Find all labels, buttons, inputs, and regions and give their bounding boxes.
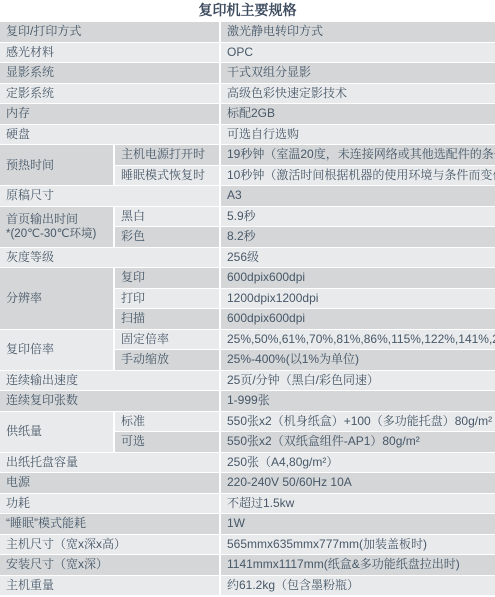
- spec-sublabel-cell: 睡眠模式恢复时: [113, 166, 219, 187]
- spec-row: 功耗 不超过1.5kw: [0, 494, 495, 515]
- spec-row: 电源 220-240V 50/60Hz 10A: [0, 473, 495, 494]
- spec-label-cell: 定影系统: [0, 84, 219, 105]
- spec-value-cell: 19秒钟（室温20度，未连接网络或其他选配件的条件下）: [219, 145, 495, 166]
- spec-row: 感光材料 OPC: [0, 43, 495, 64]
- spec-sublabel-cell: 手动缩放: [113, 350, 219, 371]
- spec-label-cell: 安装尺寸（宽x深）: [0, 555, 219, 576]
- spec-value-cell: 约61.2kg（包含墨粉瓶）: [219, 576, 495, 597]
- spec-label-cell: 主机重量: [0, 576, 219, 597]
- spec-row: 连续复印张数 1-999张: [0, 391, 495, 412]
- spec-label-cell: 连续复印张数: [0, 391, 219, 412]
- spec-label-cell: 显影系统: [0, 63, 219, 84]
- spec-label-cell: 复印/打印方式: [0, 22, 219, 43]
- spec-value-cell: 550张x2（双纸盒组件-AP1）80g/m²: [219, 432, 495, 453]
- spec-value-cell: 1200dpix1200dpi: [219, 289, 495, 310]
- spec-sublabel-cell: 打印: [113, 289, 219, 310]
- spec-label-text: 首页输出时间: [6, 212, 78, 226]
- spec-sublabel-cell: 固定倍率: [113, 330, 219, 351]
- spec-value-cell: 256级: [219, 248, 495, 269]
- spec-sublabel-cell: 可选: [113, 432, 219, 453]
- spec-value-cell: 220-240V 50/60Hz 10A: [219, 473, 495, 494]
- spec-label-cell: 内存: [0, 104, 219, 125]
- spec-value-cell: 干式双组分显影: [219, 63, 495, 84]
- spec-value-cell: 可选自行选购: [219, 125, 495, 146]
- spec-value-cell: OPC: [219, 43, 495, 64]
- spec-row: 供纸量 标准 550张x2（机身纸盒）+100（多功能托盘）80g/m²: [0, 412, 495, 433]
- spec-table: 复印/打印方式 激光静电转印方式 感光材料 OPC 显影系统 干式双组分显影 定…: [0, 22, 495, 596]
- spec-value-cell: 250张（A4,80g/m²）: [219, 453, 495, 474]
- spec-value-cell: 激光静电转印方式: [219, 22, 495, 43]
- spec-row: 显影系统 干式双组分显影: [0, 63, 495, 84]
- spec-row: 分辨率 复印 600dpix600dpi: [0, 268, 495, 289]
- spec-label-cell: 出纸托盘容量: [0, 453, 219, 474]
- spec-label-cell: 复印倍率: [0, 330, 113, 371]
- spec-value-cell: 1W: [219, 514, 495, 535]
- spec-value-cell: 10秒钟（激活时间根据机器的使用环境与条件而变化）: [219, 166, 495, 187]
- spec-label-cell: “睡眠”模式能耗: [0, 514, 219, 535]
- spec-value-cell: 高级色彩快速定影技术: [219, 84, 495, 105]
- spec-value-cell: 600dpix600dpi: [219, 268, 495, 289]
- spec-value-cell: 25%-400%(以1%为单位): [219, 350, 495, 371]
- spec-label-cell: 供纸量: [0, 412, 113, 453]
- spec-value-cell: 1-999张: [219, 391, 495, 412]
- spec-label-cell: 电源: [0, 473, 219, 494]
- spec-value-cell: 不超过1.5kw: [219, 494, 495, 515]
- spec-row: 主机重量 约61.2kg（包含墨粉瓶）: [0, 576, 495, 597]
- spec-label-cell: 功耗: [0, 494, 219, 515]
- spec-label-cell: 感光材料: [0, 43, 219, 64]
- spec-label-cell: 连续输出速度: [0, 371, 219, 392]
- spec-label-cell: 硬盘: [0, 125, 219, 146]
- spec-sublabel-cell: 黑白: [113, 207, 219, 228]
- spec-label-cell: 主机尺寸（宽x深x高）: [0, 535, 219, 556]
- spec-row: 复印倍率 固定倍率 25%,50%,61%,70%,81%,86%,115%,1…: [0, 330, 495, 351]
- spec-sublabel-cell: 主机电源打开时: [113, 145, 219, 166]
- spec-sublabel-cell: 彩色: [113, 227, 219, 248]
- spec-label-cell: 原稿尺寸: [0, 186, 219, 207]
- spec-value-cell: 8.2秒: [219, 227, 495, 248]
- spec-sublabel-cell: 标准: [113, 412, 219, 433]
- spec-value-cell: 25%,50%,61%,70%,81%,86%,115%,122%,141%,2…: [219, 330, 495, 351]
- spec-value-cell: 1141mmx1117mm(纸盒&多功能纸盘拉出时): [219, 555, 495, 576]
- spec-row: 出纸托盘容量 250张（A4,80g/m²）: [0, 453, 495, 474]
- copier-spec-page: 复印机主要规格 复印/打印方式 激光静电转印方式 感光材料 OPC 显影系统 干…: [0, 0, 495, 597]
- spec-row: “睡眠”模式能耗 1W: [0, 514, 495, 535]
- spec-value-cell: A3: [219, 186, 495, 207]
- spec-label-note: *(20℃-30℃环境): [6, 227, 109, 241]
- spec-label-cell: 预热时间: [0, 145, 113, 186]
- spec-row: 灰度等级 256级: [0, 248, 495, 269]
- spec-row: 主机尺寸（宽x深x高） 565mmx635mmx777mm(加装盖板时): [0, 535, 495, 556]
- spec-row: 预热时间 主机电源打开时 19秒钟（室温20度，未连接网络或其他选配件的条件下）: [0, 145, 495, 166]
- spec-row: 安装尺寸（宽x深） 1141mmx1117mm(纸盒&多功能纸盘拉出时): [0, 555, 495, 576]
- spec-value-cell: 标配2GB: [219, 104, 495, 125]
- spec-sublabel-cell: 扫描: [113, 309, 219, 330]
- spec-value-cell: 25页/分钟（黑白/彩色同速）: [219, 371, 495, 392]
- spec-label-cell: 首页输出时间 *(20℃-30℃环境): [0, 207, 113, 248]
- spec-label-cell: 分辨率: [0, 268, 113, 330]
- spec-value-cell: 550张x2（机身纸盒）+100（多功能托盘）80g/m²: [219, 412, 495, 433]
- spec-sublabel-cell: 复印: [113, 268, 219, 289]
- spec-row: 原稿尺寸 A3: [0, 186, 495, 207]
- spec-row: 复印/打印方式 激光静电转印方式: [0, 22, 495, 43]
- spec-row: 连续输出速度 25页/分钟（黑白/彩色同速）: [0, 371, 495, 392]
- spec-value-cell: 565mmx635mmx777mm(加装盖板时): [219, 535, 495, 556]
- page-title: 复印机主要规格: [0, 0, 495, 22]
- spec-value-cell: 600dpix600dpi: [219, 309, 495, 330]
- spec-row: 硬盘 可选自行选购: [0, 125, 495, 146]
- spec-row: 内存 标配2GB: [0, 104, 495, 125]
- spec-value-cell: 5.9秒: [219, 207, 495, 228]
- spec-label-cell: 灰度等级: [0, 248, 219, 269]
- spec-row: 首页输出时间 *(20℃-30℃环境) 黑白 5.9秒: [0, 207, 495, 228]
- spec-row: 定影系统 高级色彩快速定影技术: [0, 84, 495, 105]
